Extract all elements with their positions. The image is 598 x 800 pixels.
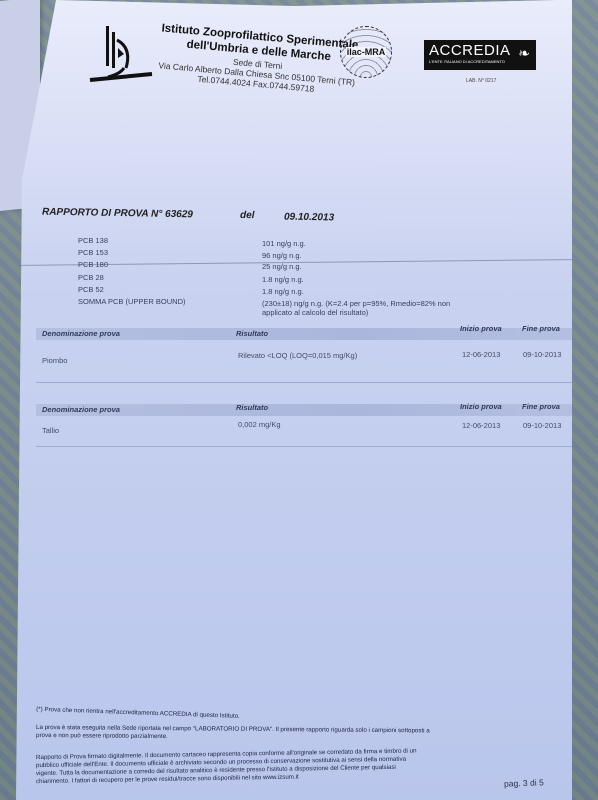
test-result: 0,002 mg/Kg <box>238 420 281 429</box>
test-start-date: 12-06-2013 <box>462 421 500 430</box>
table-divider <box>36 382 572 383</box>
pcb-analyte: PCB 52 <box>78 285 104 294</box>
pcb-value: (230±18) ng/g n.g. (K=2.4 per p=95%, Rme… <box>262 299 450 308</box>
italy-map-icon: ❧ <box>518 45 530 62</box>
report-page: Istituto Zooprofilattico Sperimentale de… <box>16 0 572 800</box>
accredia-logo: ACCREDIA L'ENTE ITALIANO DI ACCREDITAMEN… <box>424 40 536 70</box>
test-result: Rilevato <LOQ (LOQ=0,015 mg/Kg) <box>238 351 357 360</box>
test-end-date: 09-10-2013 <box>523 421 561 430</box>
accredia-subtitle: L'ENTE ITALIANO DI ACCREDITAMENTO <box>429 59 531 65</box>
header-end-date: Fine prova <box>522 324 560 333</box>
report-date: 09.10.2013 <box>284 212 334 224</box>
header-start-date: Inizio prova <box>460 324 502 333</box>
institute-block: Istituto Zooprofilattico Sperimentale de… <box>141 20 375 99</box>
header-result: Risultato <box>236 329 268 338</box>
ilac-logo-text: ilac-MRA <box>346 47 387 57</box>
test-end-date: 09-10-2013 <box>523 350 561 359</box>
pcb-analyte: PCB 28 <box>78 273 104 282</box>
ilac-mra-logo-icon: ilac-MRA <box>340 26 392 78</box>
pcb-analyte: PCB 153 <box>78 248 108 257</box>
header-end-date: Fine prova <box>522 402 560 411</box>
pcb-value-continued: applicato al calcolo del risultato) <box>262 308 368 317</box>
report-del-label: del <box>240 210 255 221</box>
test-start-date: 12-06-2013 <box>462 350 500 359</box>
pcb-value: 1.8 ng/g n.g. <box>262 275 304 284</box>
header-test-name: Denominazione prova <box>42 329 120 338</box>
report-title: RAPPORTO DI PROVA N° 63629 <box>42 207 193 221</box>
pcb-value: 1.8 ng/g n.g. <box>262 287 304 296</box>
table-divider <box>36 446 572 447</box>
lab-number: LAB. N° 0217 <box>466 78 496 84</box>
pcb-value: 96 ng/g n.g. <box>262 251 302 260</box>
table-header-row: Denominazione prova Risultato Inizio pro… <box>36 328 572 340</box>
test-name: Tallio <box>42 426 59 435</box>
pcb-analyte: PCB 138 <box>78 236 108 245</box>
pcb-analyte: PCB 180 <box>78 260 108 269</box>
accredia-brand: ACCREDIA <box>429 42 531 59</box>
page-indicator: pag. 3 di 5 <box>504 777 544 788</box>
header-start-date: Inizio prova <box>460 402 502 411</box>
header-result: Risultato <box>236 403 268 412</box>
pcb-value: 25 ng/g n.g. <box>262 262 302 271</box>
header-test-name: Denominazione prova <box>42 405 120 414</box>
table-header-row: Denominazione prova Risultato Inizio pro… <box>36 404 572 416</box>
pcb-value: 101 ng/g n.g. <box>262 239 306 248</box>
pcb-analyte: SOMMA PCB (UPPER BOUND) <box>78 297 186 306</box>
test-name: Piombo <box>42 356 67 365</box>
